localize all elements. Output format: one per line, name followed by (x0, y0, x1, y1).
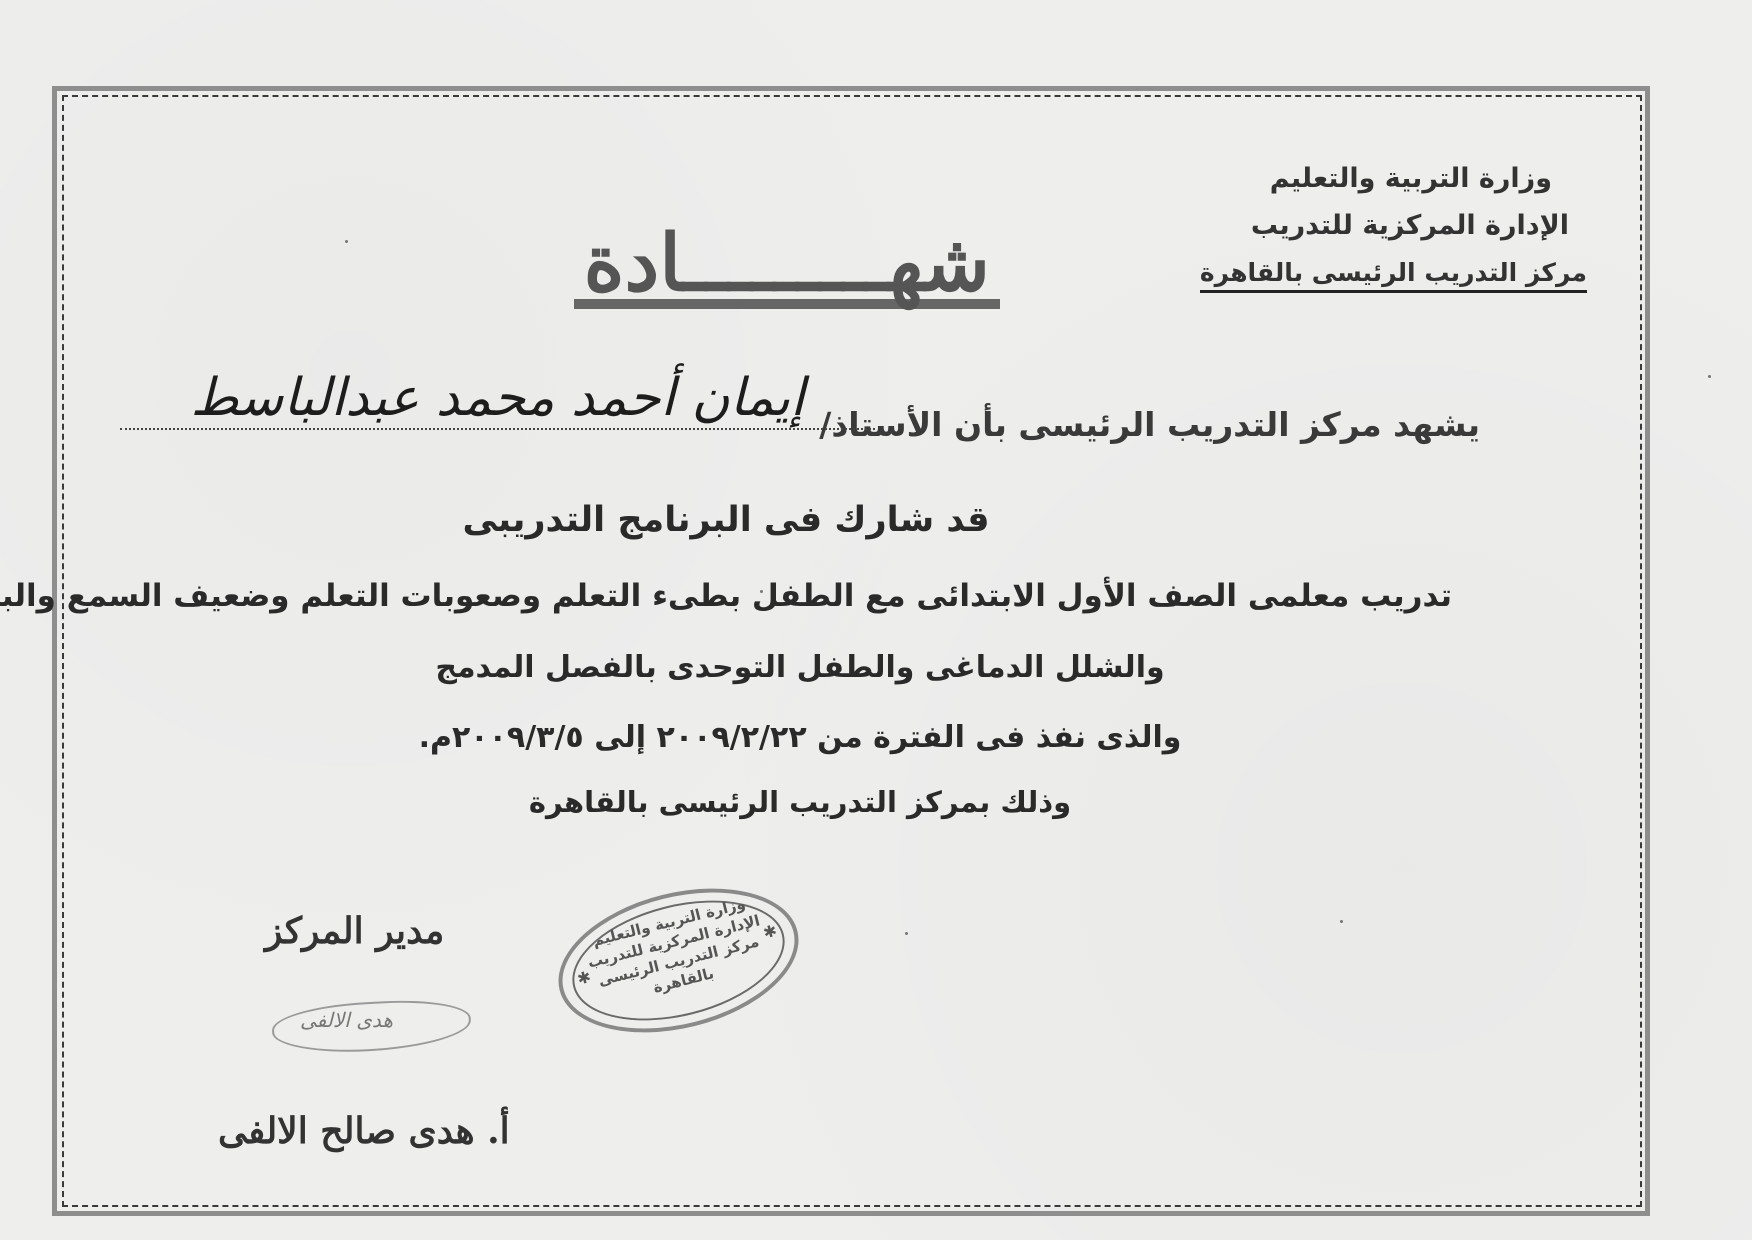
participation-statement: قد شارك فى البرنامج التدريبى (0, 500, 1752, 540)
center-name: مركز التدريب الرئيسى بالقاهرة (1200, 258, 1587, 293)
program-period: والذى نفذ فى الفترة من ٢٠٠٩/٢/٢٢ إلى ٢٠٠… (0, 720, 1600, 755)
program-description-line1: تدريب معلمى الصف الأول الابتدائى مع الطف… (0, 578, 1452, 614)
scan-speck (1708, 375, 1711, 378)
program-location: وذلك بمركز التدريب الرئيسى بالقاهرة (0, 785, 1600, 819)
director-title: مدير المركز (265, 910, 444, 952)
scan-speck (905, 932, 908, 935)
program-description-line2: والشلل الدماغى والطفل التوحدى بالفصل الم… (0, 650, 1600, 685)
administration-name: الإدارة المركزية للتدريب (1251, 210, 1569, 241)
signature-scribble: هدى الالفى (300, 1008, 393, 1032)
certificate-title-text: شهـــــــــادة (574, 229, 1000, 309)
scan-speck (1340, 920, 1343, 923)
ministry-name: وزارة التربية والتعليم (1270, 163, 1552, 194)
certificate-title: شهـــــــــادة (640, 218, 1000, 309)
recipient-name-handwritten: إيمان أحمد محمد عبدالباسط (120, 368, 875, 430)
certify-statement: يشهد مركز التدريب الرئيسى بأن الأستاذ/ (819, 405, 1480, 444)
scan-speck (760, 590, 763, 593)
participation-text: قد شارك فى البرنامج التدريبى (463, 500, 990, 540)
director-name: أ. هدى صالح الالفى (218, 1110, 510, 1152)
scan-speck (345, 240, 348, 243)
